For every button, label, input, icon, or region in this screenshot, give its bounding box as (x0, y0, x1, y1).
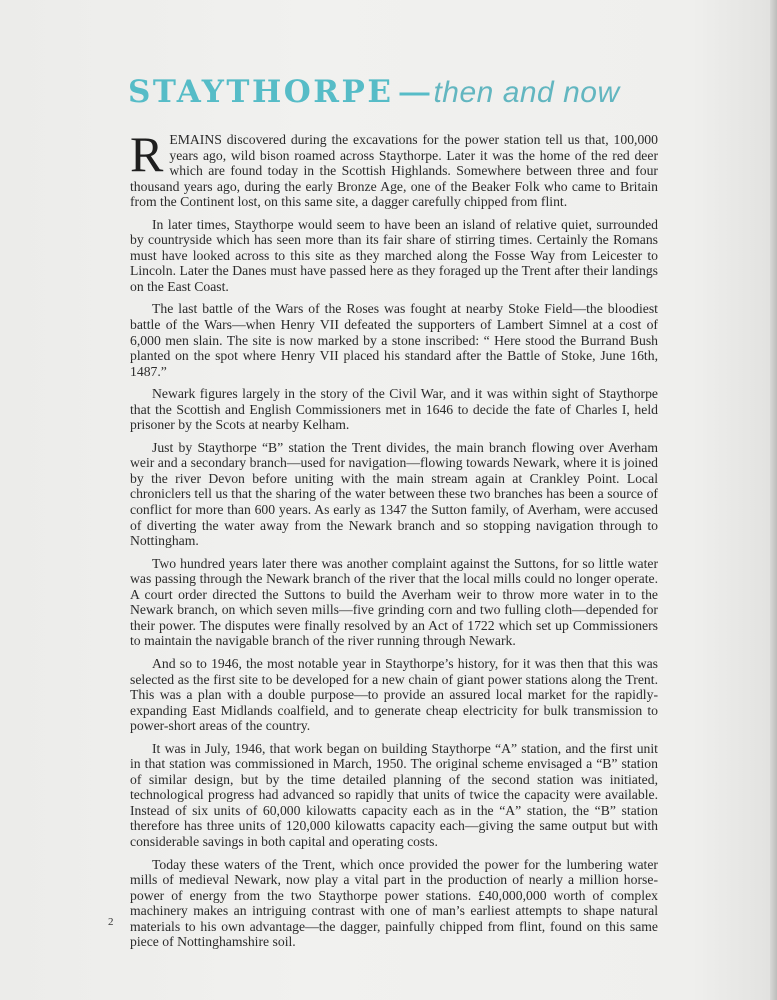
page-title: STAYTHORPE—then and now (128, 74, 620, 110)
title-dash: — (399, 76, 429, 109)
drop-cap: R (130, 134, 163, 174)
page-number: 2 (108, 916, 114, 928)
article-body: REMAINS discovered during the excavation… (130, 132, 658, 957)
paragraph-1-text: EMAINS discovered during the excavations… (130, 132, 658, 209)
paragraph-3: The last battle of the Wars of the Roses… (130, 301, 658, 379)
page-edge-shadow (770, 0, 777, 1000)
document-page: STAYTHORPE—then and now REMAINS discover… (0, 0, 770, 1000)
paragraph-2: In later times, Staythorpe would seem to… (130, 217, 658, 295)
title-subtitle: then and now (433, 76, 619, 109)
paragraph-7: And so to 1946, the most notable year in… (130, 656, 658, 734)
paragraph-1: REMAINS discovered during the excavation… (130, 132, 658, 210)
paragraph-8: It was in July, 1946, that work began on… (130, 741, 658, 850)
paragraph-4: Newark figures largely in the story of t… (130, 386, 658, 433)
title-main: STAYTHORPE (128, 74, 393, 110)
paragraph-6: Two hundred years later there was anothe… (130, 556, 658, 649)
paragraph-5: Just by Staythorpe “B” station the Trent… (130, 440, 658, 549)
paragraph-9: Today these waters of the Trent, which o… (130, 857, 658, 950)
